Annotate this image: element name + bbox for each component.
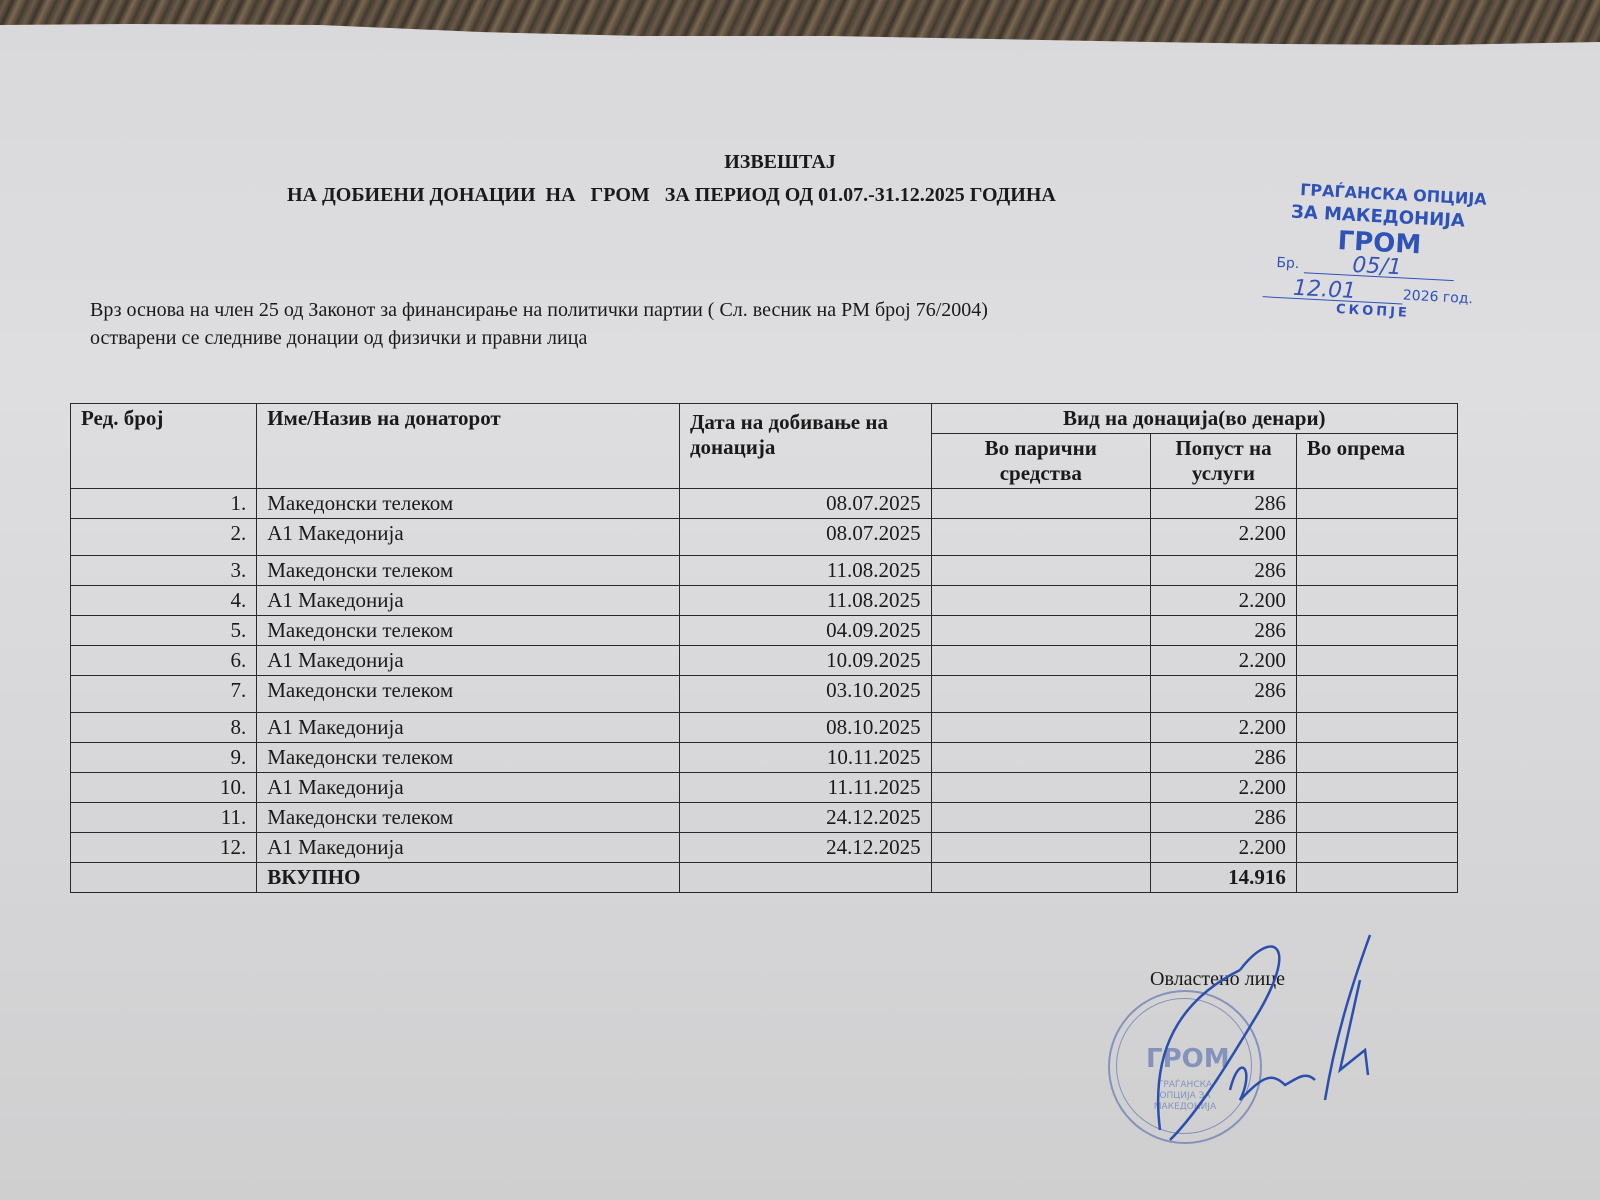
registry-stamp: ГРАЃАНСКА ОПЦИЈА ЗА МАКЕДОНИЈА ГРОМ Бр. … bbox=[1261, 178, 1488, 329]
row-date: 10.11.2025 bbox=[679, 743, 931, 773]
header-equipment: Во опрема bbox=[1296, 434, 1457, 489]
row-cash bbox=[931, 743, 1150, 773]
row-donor: Македонски телеком bbox=[257, 556, 680, 586]
intro-line-2: остварени се следниве донации од физички… bbox=[90, 324, 1240, 352]
row-equipment bbox=[1296, 743, 1457, 773]
row-cash bbox=[931, 616, 1150, 646]
row-date: 08.07.2025 bbox=[679, 519, 931, 556]
report-subtitle: НА ДОБИЕНИ ДОНАЦИИ НА ГРОМ ЗА ПЕРИОД ОД … bbox=[287, 184, 1056, 207]
stamp-city: СКОПЈЕ bbox=[1336, 302, 1411, 321]
row-equipment bbox=[1296, 773, 1457, 803]
table-row: 1.Македонски телеком08.07.2025286 bbox=[71, 489, 1458, 519]
header-index: Ред. број bbox=[71, 404, 257, 489]
row-date: 03.10.2025 bbox=[679, 676, 931, 713]
row-index: 10. bbox=[71, 773, 257, 803]
row-index: 8. bbox=[71, 713, 257, 743]
signature-icon bbox=[1110, 930, 1410, 1150]
row-cash bbox=[931, 803, 1150, 833]
row-cash bbox=[931, 833, 1150, 863]
row-date: 11.08.2025 bbox=[679, 586, 931, 616]
row-date: 04.09.2025 bbox=[679, 616, 931, 646]
row-services-discount: 286 bbox=[1150, 616, 1296, 646]
row-date: 11.08.2025 bbox=[679, 556, 931, 586]
row-cash bbox=[931, 646, 1150, 676]
total-index-cell bbox=[71, 863, 257, 893]
table-row: 4.А1 Македонија11.08.20252.200 bbox=[71, 586, 1458, 616]
row-index: 9. bbox=[71, 743, 257, 773]
table-row: 11.Македонски телеком24.12.2025286 bbox=[71, 803, 1458, 833]
donations-table: Ред. број Име/Назив на донаторот Дата на… bbox=[70, 403, 1458, 893]
total-label: ВКУПНО bbox=[257, 863, 680, 893]
row-donor: А1 Македонија bbox=[257, 519, 680, 556]
stamp-year: 2026 год. bbox=[1402, 288, 1473, 308]
row-equipment bbox=[1296, 586, 1457, 616]
row-index: 6. bbox=[71, 646, 257, 676]
stamp-number-label: Бр. bbox=[1276, 255, 1300, 272]
row-equipment bbox=[1296, 833, 1457, 863]
row-index: 4. bbox=[71, 586, 257, 616]
row-equipment bbox=[1296, 489, 1457, 519]
table-row: 3.Македонски телеком11.08.2025286 bbox=[71, 556, 1458, 586]
row-services-discount: 286 bbox=[1150, 676, 1296, 713]
table-row: 8.А1 Македонија08.10.20252.200 bbox=[71, 713, 1458, 743]
stamp-number-value: 05/1 bbox=[1352, 253, 1403, 281]
header-date: Дата на добивање на донација bbox=[679, 404, 931, 489]
row-index: 3. bbox=[71, 556, 257, 586]
row-services-discount: 2.200 bbox=[1150, 833, 1296, 863]
row-services-discount: 286 bbox=[1150, 803, 1296, 833]
row-date: 08.07.2025 bbox=[679, 489, 931, 519]
row-donor: А1 Македонија bbox=[257, 713, 680, 743]
row-index: 2. bbox=[71, 519, 257, 556]
row-services-discount: 286 bbox=[1150, 743, 1296, 773]
row-donor: Македонски телеком bbox=[257, 743, 680, 773]
row-index: 1. bbox=[71, 489, 257, 519]
total-row: ВКУПНО 14.916 bbox=[71, 863, 1458, 893]
row-cash bbox=[931, 773, 1150, 803]
row-index: 7. bbox=[71, 676, 257, 713]
row-cash bbox=[931, 586, 1150, 616]
row-services-discount: 2.200 bbox=[1150, 519, 1296, 556]
report-title: ИЗВЕШТАЈ bbox=[0, 151, 1560, 174]
row-services-discount: 286 bbox=[1150, 556, 1296, 586]
table-row: 12.А1 Македонија24.12.20252.200 bbox=[71, 833, 1458, 863]
row-equipment bbox=[1296, 646, 1457, 676]
row-date: 11.11.2025 bbox=[679, 773, 931, 803]
row-equipment bbox=[1296, 713, 1457, 743]
row-services-discount: 286 bbox=[1150, 489, 1296, 519]
row-services-discount: 2.200 bbox=[1150, 713, 1296, 743]
row-donor: Македонски телеком bbox=[257, 616, 680, 646]
row-cash bbox=[931, 489, 1150, 519]
row-date: 24.12.2025 bbox=[679, 803, 931, 833]
intro-line-1: Врз основа на член 25 од Законот за фина… bbox=[90, 296, 1240, 324]
row-equipment bbox=[1296, 803, 1457, 833]
row-equipment bbox=[1296, 676, 1457, 713]
row-services-discount: 2.200 bbox=[1150, 586, 1296, 616]
row-date: 08.10.2025 bbox=[679, 713, 931, 743]
row-services-discount: 2.200 bbox=[1150, 646, 1296, 676]
total-date-cell bbox=[679, 863, 931, 893]
header-type-group: Вид на донација(во денари) bbox=[931, 404, 1457, 434]
intro-paragraph: Врз основа на член 25 од Законот за фина… bbox=[90, 296, 1240, 352]
total-services-discount: 14.916 bbox=[1150, 863, 1296, 893]
row-donor: А1 Македонија bbox=[257, 833, 680, 863]
header-donor: Име/Назив на донаторот bbox=[257, 404, 680, 489]
row-equipment bbox=[1296, 616, 1457, 646]
row-donor: А1 Македонија bbox=[257, 646, 680, 676]
row-equipment bbox=[1296, 556, 1457, 586]
row-donor: Македонски телеком bbox=[257, 676, 680, 713]
row-cash bbox=[931, 713, 1150, 743]
row-date: 10.09.2025 bbox=[679, 646, 931, 676]
row-cash bbox=[931, 519, 1150, 556]
table-row: 10.А1 Македонија11.11.20252.200 bbox=[71, 773, 1458, 803]
row-equipment bbox=[1296, 519, 1457, 556]
row-date: 24.12.2025 bbox=[679, 833, 931, 863]
total-equipment-cell bbox=[1296, 863, 1457, 893]
row-cash bbox=[931, 676, 1150, 713]
table-row: 9.Македонски телеком10.11.2025286 bbox=[71, 743, 1458, 773]
row-index: 11. bbox=[71, 803, 257, 833]
total-cash-cell bbox=[931, 863, 1150, 893]
row-donor: А1 Македонија bbox=[257, 773, 680, 803]
row-index: 12. bbox=[71, 833, 257, 863]
row-donor: А1 Македонија bbox=[257, 586, 680, 616]
row-services-discount: 2.200 bbox=[1150, 773, 1296, 803]
report-document: ИЗВЕШТАЈ НА ДОБИЕНИ ДОНАЦИИ НА ГРОМ ЗА П… bbox=[0, 0, 1600, 1200]
header-services-discount: Попуст на услуги bbox=[1150, 434, 1296, 489]
table-row: 7.Македонски телеком03.10.2025286 bbox=[71, 676, 1458, 713]
row-donor: Македонски телеком bbox=[257, 803, 680, 833]
table-row: 2.А1 Македонија08.07.20252.200 bbox=[71, 519, 1458, 556]
row-index: 5. bbox=[71, 616, 257, 646]
row-donor: Македонски телеком bbox=[257, 489, 680, 519]
table-row: 6.А1 Македонија10.09.20252.200 bbox=[71, 646, 1458, 676]
row-cash bbox=[931, 556, 1150, 586]
header-cash: Во парични средства bbox=[931, 434, 1150, 489]
table-row: 5.Македонски телеком04.09.2025286 bbox=[71, 616, 1458, 646]
